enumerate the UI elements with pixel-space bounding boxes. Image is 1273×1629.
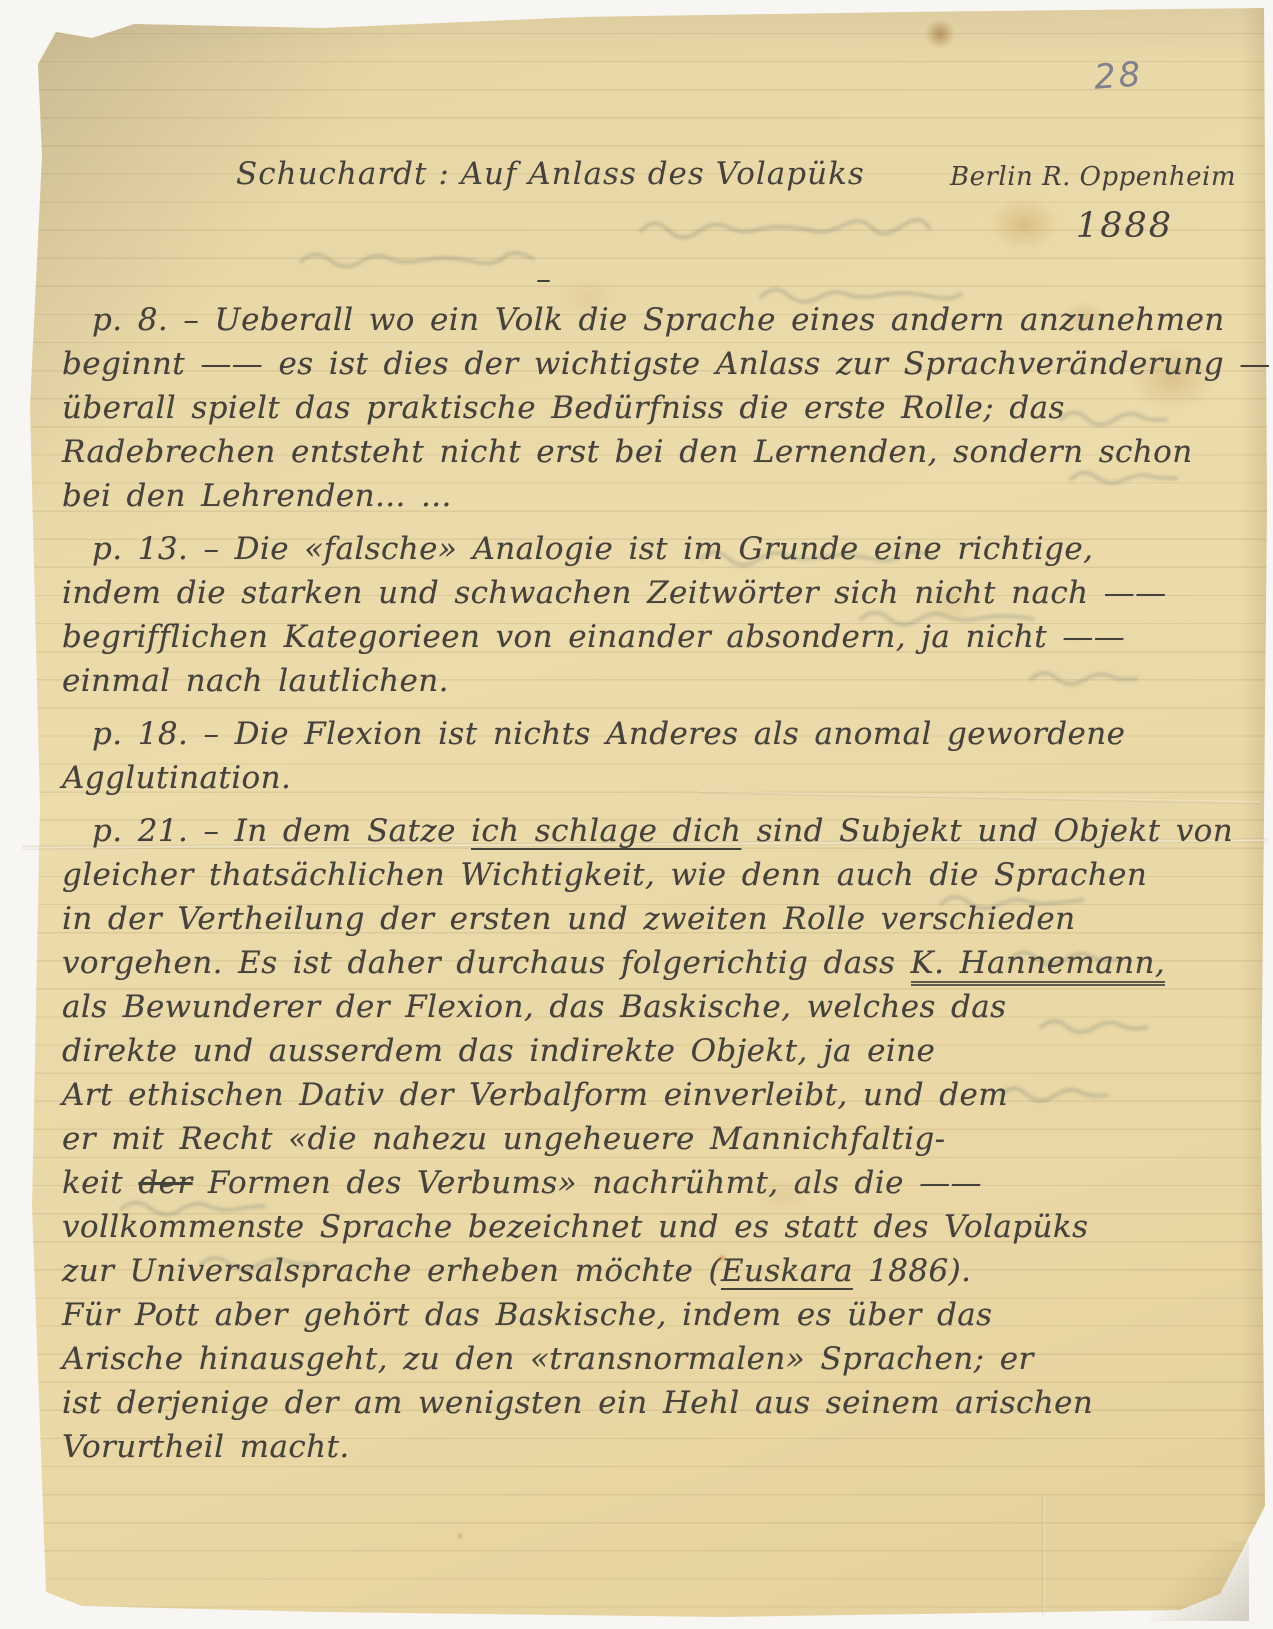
text-segment: gleicher thatsächlichen Wichtigkeit, wie… xyxy=(62,857,1147,893)
manuscript-line: begrifflichen Kategorieen von einander a… xyxy=(62,615,1230,659)
text-segment: indem die starken und schwachen Zeitwört… xyxy=(62,575,1167,611)
text-segment: p. 18. – Die Flexion ist nichts Anderes … xyxy=(92,716,1125,752)
manuscript-line: direkte und ausserdem das indirekte Obje… xyxy=(62,1029,1230,1073)
manuscript-line: bei den Lehrenden... ... xyxy=(62,474,1230,518)
paragraph: p. 21. – In dem Satze ich schlage dich s… xyxy=(62,809,1230,1469)
text-segment: in der Vertheilung der ersten und zweite… xyxy=(62,901,1075,937)
manuscript-line: Vorurtheil macht. xyxy=(62,1425,1230,1469)
text-segment: der xyxy=(138,1165,192,1201)
text-segment: Vorurtheil macht. xyxy=(62,1429,350,1465)
text-segment: p. 21. – In dem Satze xyxy=(92,813,471,849)
manuscript-line: ist derjenige der am wenigsten ein Hehl … xyxy=(62,1381,1230,1425)
text-segment: sind Subjekt und Objekt von xyxy=(741,813,1233,849)
text-segment: ich schlage dich xyxy=(471,813,741,849)
manuscript-line: vollkommenste Sprache bezeichnet und es … xyxy=(62,1205,1230,1249)
text-segment: 1886). xyxy=(853,1253,972,1289)
manuscript-line: p. 8. – Ueberall wo ein Volk die Sprache… xyxy=(62,298,1230,342)
text-segment: vorgehen. Es ist daher durchaus folgeric… xyxy=(62,945,911,981)
manuscript-line: indem die starken und schwachen Zeitwört… xyxy=(62,571,1230,615)
paragraph: p. 8. – Ueberall wo ein Volk die Sprache… xyxy=(62,298,1230,518)
text-segment: Euskara xyxy=(721,1253,853,1289)
text-segment: Formen des Verbums» nachrühmt, als die —… xyxy=(193,1165,982,1201)
header-row: Schuchardt : Auf Anlass des Volapüks Ber… xyxy=(236,156,1236,192)
text-segment: beginnt —— es ist dies der wichtigste An… xyxy=(62,346,1271,382)
text-segment: Arische hinausgeht, zu den «transnormale… xyxy=(62,1341,1034,1377)
manuscript-line: als Bewunderer der Flexion, das Baskisch… xyxy=(62,985,1230,1029)
text-segment: vollkommenste Sprache bezeichnet und es … xyxy=(62,1209,1088,1245)
manuscript-line: gleicher thatsächlichen Wichtigkeit, wie… xyxy=(62,853,1230,897)
manuscript-body: p. 8. – Ueberall wo ein Volk die Sprache… xyxy=(62,298,1230,1478)
manuscript-line: keit der Formen des Verbums» nachrühmt, … xyxy=(62,1161,1230,1205)
manuscript-line: Arische hinausgeht, zu den «transnormale… xyxy=(62,1337,1230,1381)
manuscript-line: Agglutination. xyxy=(62,756,1230,800)
text-segment: p. 8. – Ueberall wo ein Volk die Sprache… xyxy=(92,302,1225,338)
page-number-annotation: 28 xyxy=(1093,54,1145,97)
manuscript-line: in der Vertheilung der ersten und zweite… xyxy=(62,897,1230,941)
manuscript-line: Art ethischen Dativ der Verbalform einve… xyxy=(62,1073,1230,1117)
text-segment: als Bewunderer der Flexion, das Baskisch… xyxy=(62,989,1006,1025)
publication-year: 1888 xyxy=(1076,206,1173,246)
text-segment: p. 13. – Die «falsche» Analogie ist im G… xyxy=(92,531,1093,567)
text-segment: Agglutination. xyxy=(62,760,291,796)
manuscript-line: er mit Recht «die nahezu ungeheuere Mann… xyxy=(62,1117,1230,1161)
scan-background: 28 Schuchardt : Auf Anlass des Volapüks … xyxy=(0,0,1273,1629)
manuscript-line: einmal nach lautlichen. xyxy=(62,659,1230,703)
text-segment: Für Pott aber gehört das Baskische, inde… xyxy=(62,1297,992,1333)
manuscript-line: vorgehen. Es ist daher durchaus folgeric… xyxy=(62,941,1230,985)
manuscript-line: p. 13. – Die «falsche» Analogie ist im G… xyxy=(62,527,1230,571)
manuscript-line: Für Pott aber gehört das Baskische, inde… xyxy=(62,1293,1230,1337)
manuscript-line: Radebrechen entsteht nicht erst bei den … xyxy=(62,430,1230,474)
text-segment: begrifflichen Kategorieen von einander a… xyxy=(62,619,1125,655)
manuscript-line: p. 21. – In dem Satze ich schlage dich s… xyxy=(62,809,1230,853)
paragraph: p. 18. – Die Flexion ist nichts Anderes … xyxy=(62,712,1230,800)
manuscript-line: beginnt —— es ist dies der wichtigste An… xyxy=(62,342,1230,386)
text-segment: überall spielt das praktische Bedürfniss… xyxy=(62,390,1065,426)
text-segment: keit xyxy=(62,1165,138,1201)
text-segment: einmal nach lautlichen. xyxy=(62,663,449,699)
text-segment: direkte und ausserdem das indirekte Obje… xyxy=(62,1033,935,1069)
text-segment: bei den Lehrenden... ... xyxy=(62,478,452,514)
manuscript-line: überall spielt das praktische Bedürfniss… xyxy=(62,386,1230,430)
manuscript-line: p. 18. – Die Flexion ist nichts Anderes … xyxy=(62,712,1230,756)
vertical-crease xyxy=(1042,1495,1045,1615)
text-segment: Radebrechen entsteht nicht erst bei den … xyxy=(62,434,1193,470)
text-segment: K. Hannemann, xyxy=(911,945,1166,986)
text-segment: Art ethischen Dativ der Verbalform einve… xyxy=(62,1077,1008,1113)
manuscript-line: zur Universalsprache erheben möchte (Eus… xyxy=(62,1249,1230,1293)
text-segment: ist derjenige der am wenigsten ein Hehl … xyxy=(62,1385,1093,1421)
paragraph: p. 13. – Die «falsche» Analogie ist im G… xyxy=(62,527,1230,703)
manuscript-title: Schuchardt : Auf Anlass des Volapüks xyxy=(236,156,865,192)
text-segment: zur Universalsprache erheben möchte ( xyxy=(62,1253,721,1289)
text-segment: er mit Recht «die nahezu ungeheuere Mann… xyxy=(62,1121,946,1157)
publisher-imprint: Berlin R. Oppenheim xyxy=(950,156,1236,192)
divider-dash: – xyxy=(536,262,551,297)
